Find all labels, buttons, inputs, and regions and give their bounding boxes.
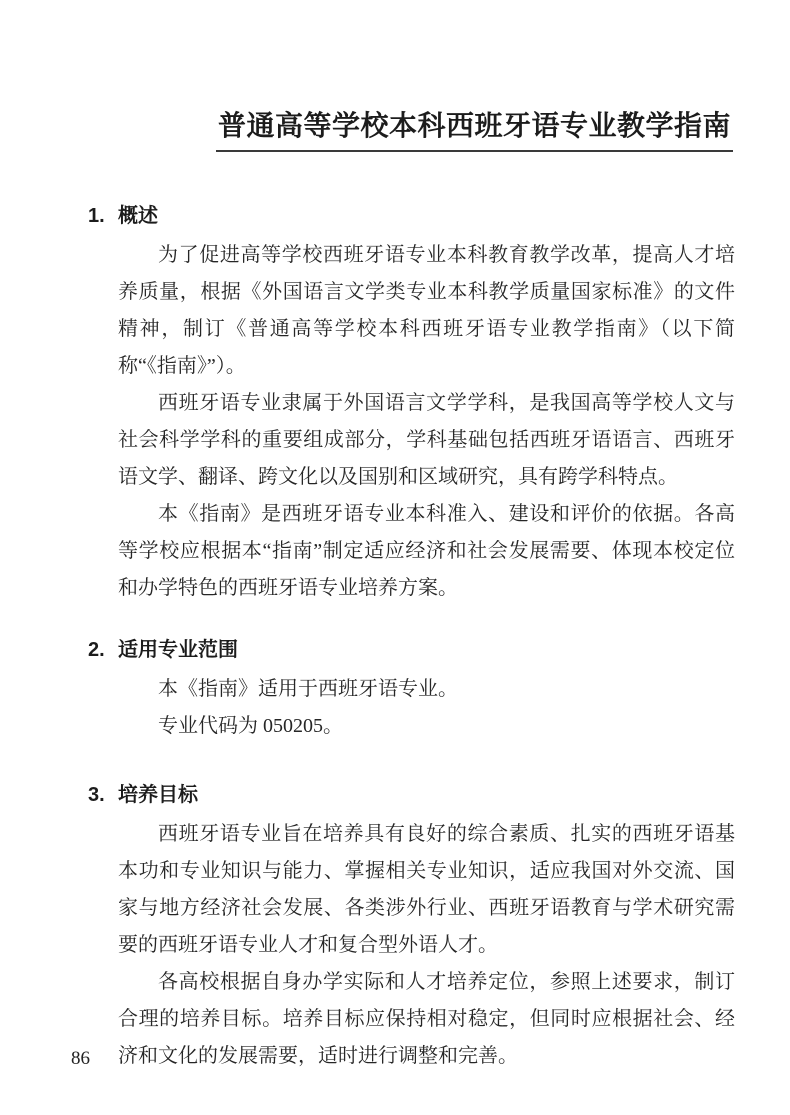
paragraph: 西班牙语专业隶属于外国语言文学学科，是我国高等学校人文与社会科学学科的重要组成部… [118, 385, 735, 496]
section-heading: 3.培养目标 [88, 783, 790, 808]
section-heading-label: 培养目标 [118, 784, 198, 806]
section-training-objectives: 3.培养目标 西班牙语专业旨在培养具有良好的综合素质、扎实的西班牙语基本功和专业… [0, 783, 790, 1075]
section-heading: 1.概述 [88, 204, 790, 229]
paragraph: 专业代码为 050205。 [118, 708, 735, 745]
section-heading-label: 概述 [118, 205, 158, 227]
section-number: 1. [88, 204, 118, 229]
title-block: 普通高等学校本科西班牙语专业教学指南 [0, 0, 790, 171]
paragraph: 本《指南》适用于西班牙语专业。 [118, 671, 735, 708]
paragraph: 西班牙语专业旨在培养具有良好的综合素质、扎实的西班牙语基本功和专业知识与能力、掌… [118, 816, 735, 964]
page-title: 普通高等学校本科西班牙语专业教学指南 [216, 109, 733, 152]
page-number: 86 [71, 1048, 90, 1070]
section-number: 2. [88, 638, 118, 663]
paragraph: 本《指南》是西班牙语专业本科准入、建设和评价的依据。各高等学校应根据本“指南”制… [118, 496, 735, 607]
section-number: 3. [88, 783, 118, 808]
section-applicable-scope: 2.适用专业范围 本《指南》适用于西班牙语专业。 专业代码为 050205。 [0, 638, 790, 745]
document-page: 普通高等学校本科西班牙语专业教学指南 1.概述 为了促进高等学校西班牙语专业本科… [0, 0, 790, 1115]
paragraph: 各高校根据自身办学实际和人才培养定位，参照上述要求，制订合理的培养目标。培养目标… [118, 964, 735, 1075]
section-heading: 2.适用专业范围 [88, 638, 790, 663]
section-overview: 1.概述 为了促进高等学校西班牙语专业本科教育教学改革，提高人才培养质量，根据《… [0, 204, 790, 607]
paragraph: 为了促进高等学校西班牙语专业本科教育教学改革，提高人才培养质量，根据《外国语言文… [118, 237, 735, 385]
section-heading-label: 适用专业范围 [118, 639, 238, 661]
